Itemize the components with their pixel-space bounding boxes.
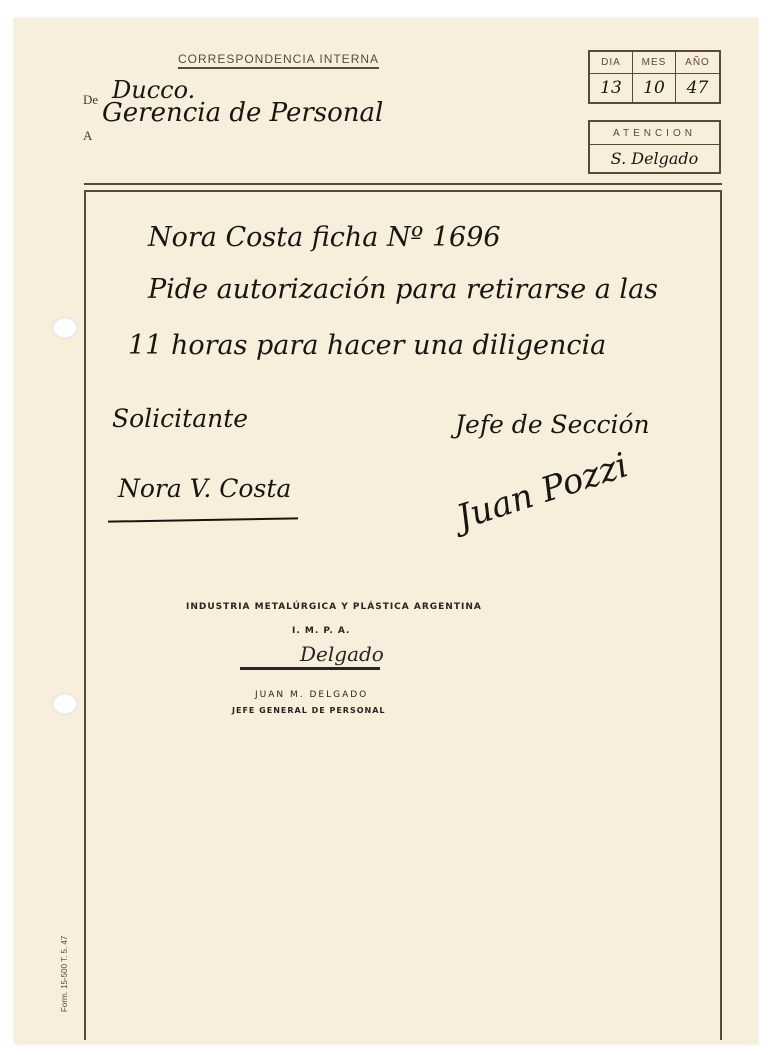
stamp-name: JUAN M. DELGADO [255,690,368,700]
attention-label: ATENCION [590,122,719,145]
body-line-3: 11 horas para hacer una diligencia [128,330,606,361]
attention-value: S. Delgado [590,145,719,168]
month-header: MES [633,52,676,74]
year-value: 47 [676,74,719,102]
day-value: 13 [590,74,633,102]
applicant-label: Solicitante [112,404,248,433]
day-header: DIA [590,52,633,74]
month-value: 10 [633,74,676,102]
punch-hole [52,693,78,715]
section-chief-label: Jefe de Sección [455,410,650,439]
to-value: Gerencia de Personal [102,98,383,128]
year-header: AÑO [676,52,719,74]
stamp-company: INDUSTRIA METALÚRGICA Y PLÁSTICA ARGENTI… [186,602,482,612]
from-label: De [83,92,98,108]
punch-hole [52,317,78,339]
stamp-role: JEFE GENERAL DE PERSONAL [232,706,386,715]
body-line-1: Nora Costa ficha Nº 1696 [148,222,501,253]
memo-body-frame [84,190,722,1040]
date-box: DIA MES AÑO 13 10 47 [588,50,721,104]
stamp-signature: Delgado [300,642,384,666]
header-divider [84,183,722,185]
form-title: CORRESPONDENCIA INTERNA [178,52,379,69]
stamp-acronym: I. M. P. A. [292,626,350,636]
attention-box: ATENCION S. Delgado [588,120,721,174]
stamp-signature-stroke [240,667,380,670]
body-line-2: Pide autorización para retirarse a las [148,274,658,305]
form-code: Form. 15-500 T. 5. 47 [60,936,69,1012]
applicant-signature: Nora V. Costa [118,474,291,503]
to-label: A [83,128,92,144]
